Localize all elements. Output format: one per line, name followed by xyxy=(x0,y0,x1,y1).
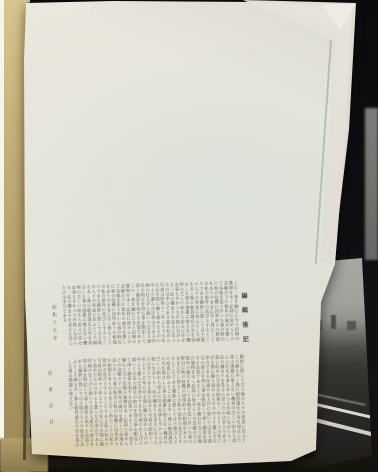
colophon-column: 於東京社 xyxy=(46,371,54,449)
photo-of-open-book: 編輯後記 この一巻を編むに当り沿線の風物を永く記録に留めんとの念願の下に数年の歳… xyxy=(0,0,378,472)
section-title: 編輯後記 xyxy=(239,292,250,356)
date-column: 昭和十五年 xyxy=(50,305,57,353)
paragraph-1: この一巻を編むに当り沿線の風物を永く記録に留めんとの念願の下に数年の歳月を費して… xyxy=(60,281,240,350)
paragraph-2: 撮影に際しては土地の人々の厚意に負ふところ頗る多く殊に駅員諸氏の労を煩はした事は… xyxy=(56,354,246,449)
afterword-text-block: 編輯後記 この一巻を編むに当り沿線の風物を永く記録に留めんとの念願の下に数年の歳… xyxy=(42,277,263,455)
